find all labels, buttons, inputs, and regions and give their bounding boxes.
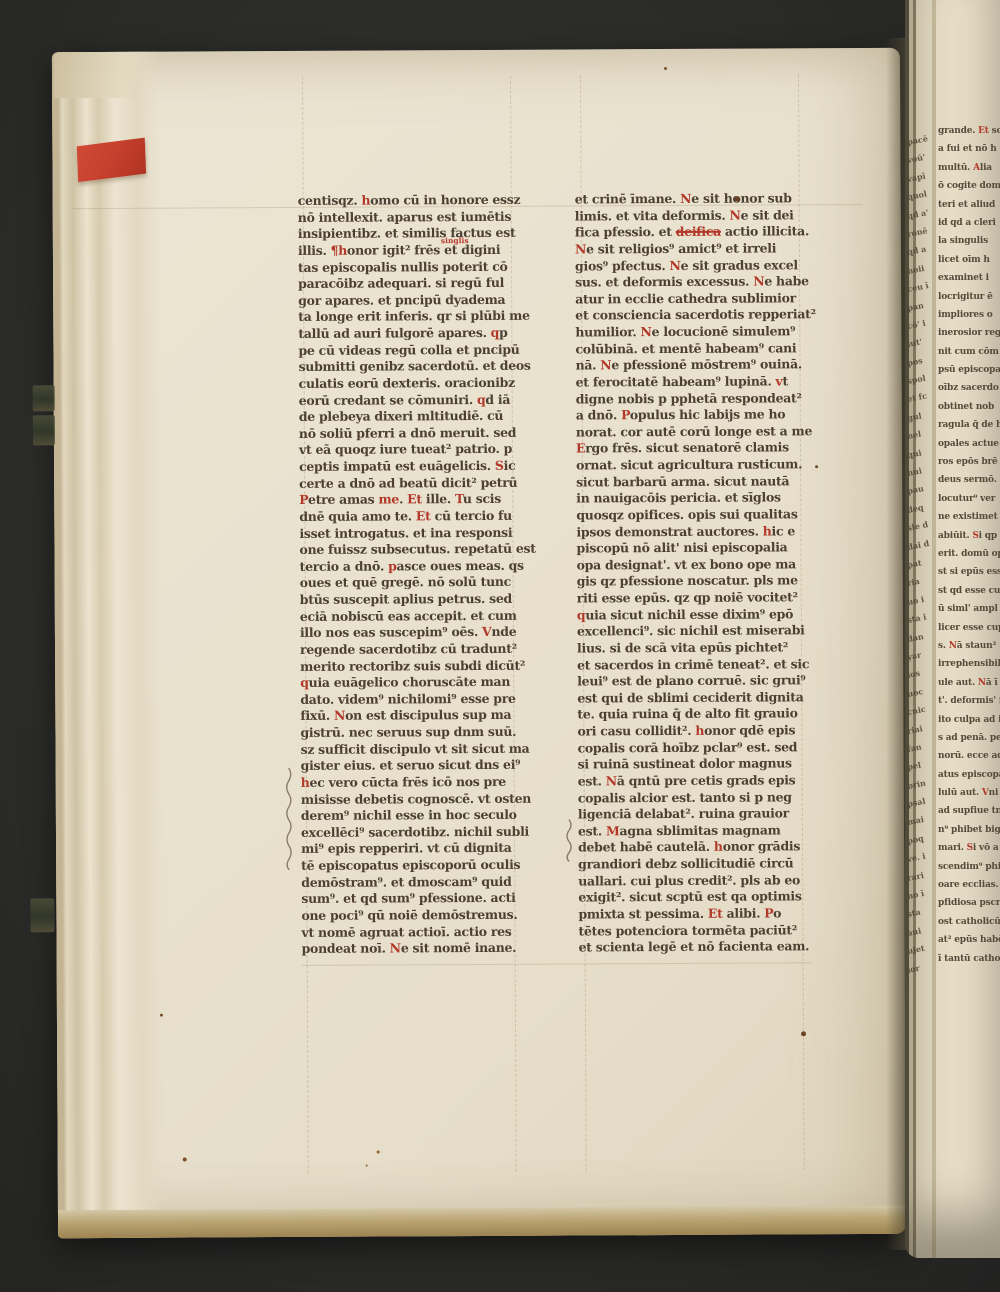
text-line: one poci⁹ qū noiē demōstremus. (301, 907, 531, 925)
text-line: ito culpa ad i (938, 711, 1000, 729)
text-line: locrigitur ē (938, 288, 1000, 306)
text-line: humilior. Ne locucionē simulem⁹ (575, 323, 809, 341)
text-line: Petre amas me. Et ille. Tu scis (299, 491, 529, 509)
text-line: teri et aliud (938, 196, 1000, 214)
text-line: pondeat noī. Ne sit nomē inane. (302, 940, 532, 958)
text-line: isset introgatus. et ina responsi (299, 524, 529, 542)
text-line: one fuissz subsecutus. repetatū est (299, 541, 529, 559)
text-line: paracōibz adequari. si regū ful (298, 275, 528, 293)
text-line: nit cum cōm (938, 343, 1000, 361)
clasp-fitting-icon (33, 415, 55, 445)
text-line: at² epūs habē (938, 931, 1000, 949)
text-line: vt nomē agruat actioī. actio res (301, 923, 531, 941)
text-line: uallari. cui plus credit². pls ab eo (578, 872, 812, 890)
text-line: obtinet nob (938, 398, 1000, 416)
text-line: quia sicut nichil esse dixim⁹ epō (577, 606, 811, 624)
text-line: te. quia ruina q̄ de alto fit grauio (577, 706, 811, 724)
text-line: opa designat'. vt ex bono ope ma (577, 556, 811, 574)
text-line: est qui de sblimi ceciderit dignita (577, 689, 811, 707)
foxing-spot (377, 1151, 380, 1154)
text-line: la singulis (938, 232, 1000, 250)
text-line: gor apares. et pncipū dyadema (298, 291, 528, 309)
clasp-fitting-icon (33, 385, 55, 411)
text-line: oare ecclias. et (938, 876, 1000, 894)
text-line: de plebeya dixeri mltitudiē. cū (299, 408, 529, 426)
text-line: exigit². sicut scptū est qa optimis (578, 889, 812, 907)
text-column-left: centisqz. homo cū in honore essznō intel… (298, 192, 532, 958)
text-line: sicut barbarū arma. sicut nautā (576, 473, 810, 491)
text-line: nō soliū pferri a dnō meruit. sed (299, 424, 529, 442)
ruling-line-horizontal (302, 962, 812, 966)
foxing-spot (366, 1165, 368, 1167)
text-line: pmixta st pessima. Et alibi. Po (578, 905, 812, 923)
text-line: id qd a cleri (938, 214, 1000, 232)
text-line: abiūit. Si qp (938, 527, 1000, 545)
text-line: sz sufficit discipulo vt sit sicut ma (301, 740, 531, 758)
text-line: et sacerdos in crimē teneat². et sic (577, 656, 811, 674)
text-line: Ergo frēs. sicut senatorē clamis (576, 440, 810, 458)
text-line: in nauigacōis pericia. et sīglos (576, 490, 810, 508)
text-line: t'. deformis' fu (938, 692, 1000, 710)
text-line: ros epōs brē (938, 453, 1000, 471)
text-line: a dnō. Populus hic labijs me ho (576, 406, 810, 424)
text-line: ū siml' ampl (938, 600, 1000, 618)
text-line: n⁹ phibet big (938, 821, 1000, 839)
foxing-spot (735, 197, 740, 202)
text-line: tallū ad auri fulgorē apares. qp (298, 325, 528, 343)
text-line: et crinē īmane. Ne sit honor sub (575, 190, 809, 208)
text-line: norat. cor autē corū longe est a me (576, 423, 810, 441)
text-line: quosqz opifices. opis sui qualitas (576, 506, 810, 524)
text-line: si ruinā sustineat dolor magnus (578, 756, 812, 774)
text-line: centisqz. homo cū in honore essz (298, 192, 528, 210)
text-line: leui⁹ est de plano corruē. sic grui⁹ (577, 672, 811, 690)
text-line: dato. videm⁹ nichilomi⁹ esse pre (300, 690, 530, 708)
text-line: illis. ¶honor igit² frēs et digini (298, 242, 528, 260)
text-line: ne existimet (938, 508, 1000, 526)
text-line: ori casu collidit². honor qdē epis (577, 722, 811, 740)
text-line: gister eius. et seruo sicut dns ei⁹ (301, 757, 531, 775)
text-line: culatis eorū dexteris. oracionibz (299, 375, 529, 393)
text-line: irrephensibile (938, 655, 1000, 673)
text-line: fixū. Non est discipulus sup ma (300, 707, 530, 725)
text-line: vt eā quoqz iure tueat² patrio. p (299, 441, 529, 459)
text-line: mari. Si vō a (938, 839, 1000, 857)
foxing-spot (183, 1158, 187, 1162)
text-line: regende sacerdotibz cū tradunt² (300, 641, 530, 659)
text-line: deus sermō. (938, 471, 1000, 489)
text-line: dnē quia amo te. Et cū tercio fu (299, 508, 529, 526)
text-line: ō cogite dom (938, 177, 1000, 195)
text-line: s. Nā staun² (938, 637, 1000, 655)
text-line: nō intellexit. aparus est iumētis (298, 208, 528, 226)
text-line: insipientibz. et similis factus est (298, 225, 528, 243)
text-line: nā. Ne pfessionē mōstrem⁹ ouinā. (576, 357, 810, 375)
text-line: pe cū videas regū colla et pncipū (298, 341, 528, 359)
foxing-spot (815, 465, 818, 468)
text-line: a fui et nō h (938, 140, 1000, 158)
text-line: et ferocitatē habeam⁹ lupinā. vt (576, 373, 810, 391)
text-line: excellēci⁹ sacerdotibz. nichil subli (301, 823, 531, 841)
text-line: grande. Et so (938, 122, 1000, 140)
text-line: sum⁹. et qd sum⁹ pfessione. acti (301, 890, 531, 908)
text-line: grandiori debz sollicitudiē circū (578, 855, 812, 873)
text-line: colūbinā. et mentē habeam⁹ cani (575, 340, 809, 358)
text-line: gis qz pfessione noscatur. pls me (577, 573, 811, 591)
text-line: limis. et vita deformis. Ne sit dei (575, 207, 809, 225)
text-line: tas episcopalis nullis poterit cō (298, 258, 528, 276)
text-line: et consciencia sacerdotis repperiat² (575, 307, 809, 325)
text-line: ost catholicū d (938, 913, 1000, 931)
text-line: examinet i (938, 269, 1000, 287)
manuscript-book: centisqz. homo cū in honore essznō intel… (52, 48, 906, 1238)
text-line: ligenciā delabat². ruina grauior (578, 805, 812, 823)
text-line: tē episcopatus episcoporū oculis (301, 857, 531, 875)
text-line: sus. et deformis excessus. Ne habe (575, 273, 809, 291)
vellum-corner-fold (54, 52, 146, 98)
text-line: lulū aut. Vni (938, 784, 1000, 802)
text-column-right: et crinē īmane. Ne sit honor sublimis. e… (575, 190, 813, 956)
text-line: oues et quē gregē. nō solū tunc (300, 574, 530, 592)
text-line: gistrū. nec seruus sup dnm suū. (300, 724, 530, 742)
text-line: digne nobis p pphetā respondeat² (576, 390, 810, 408)
text-line: ī tantū cathol (938, 950, 1000, 968)
foxing-spot (664, 67, 667, 70)
foxing-spot (160, 1014, 163, 1017)
next-page-text-fragments: grande. Et soa fui et nō hmultū. Aliaō c… (938, 122, 1000, 980)
binding-edge (52, 52, 166, 1239)
fore-edge-pages: pacēvoū'vapīquolqd a'ronēqd ahoiiceu īpa… (905, 0, 1000, 1258)
text-line: et scienta legē et nō facienta eam. (579, 938, 813, 956)
text-line: licer esse cupi (938, 619, 1000, 637)
text-line: psū episcopa (938, 361, 1000, 379)
text-line: ceptis impatū est euāgelicis. Sic (299, 458, 529, 476)
text-line: derem⁹ nichil esse in hoc seculo (301, 807, 531, 825)
text-line: multū. Alia (938, 159, 1000, 177)
text-line: eorū credant se cōmuniri. qd iā (299, 391, 529, 409)
text-line: riti esse epūs. qz qp noiē vocitet² (577, 589, 811, 607)
text-line: st qd esse cup (938, 582, 1000, 600)
book-tail-edge (58, 1206, 906, 1238)
text-line: merito rectoribz suis subdi dicūt² (300, 657, 530, 675)
text-line: piscopū nō alit' nisi episcopalia (576, 539, 810, 557)
text-line: lius. si de scā vita epūs pichtet² (577, 639, 811, 657)
text-line: debet habē cautelā. honor grādis (578, 839, 812, 857)
text-line: locutur⁹ ver (938, 490, 1000, 508)
text-line: opales actue (938, 435, 1000, 453)
text-line: pfidiosa pscri (938, 894, 1000, 912)
text-line: ad supfiue tn (938, 802, 1000, 820)
foxing-spot (801, 1031, 806, 1036)
text-line: est. Nā qntū pre cetis grads epis (578, 772, 812, 790)
text-line: st si epūs esse (938, 563, 1000, 581)
text-line: scendim⁹ phib (938, 858, 1000, 876)
text-line: inerosior reg (938, 324, 1000, 342)
text-line: atur in ecclie cathedra sublimior (575, 290, 809, 308)
text-line: quia euāgelico choruscāte man (300, 674, 530, 692)
text-line: ule aut. Nā ī (938, 674, 1000, 692)
text-line: s ad penā. pen (938, 729, 1000, 747)
text-line: atus episcopa (938, 766, 1000, 784)
text-line: fica pfessio. et deifica actio illicita. (575, 224, 809, 242)
text-line: licet oīm h (938, 251, 1000, 269)
text-line: ornat. sicut agricultura rusticum. (576, 456, 810, 474)
text-line: eciā nobiscū eas accepit. et cum (300, 607, 530, 625)
text-line: tētes potenciora tormēta paciūt² (578, 922, 812, 940)
text-line: ragula q̄ de h (938, 416, 1000, 434)
text-line: demōstram⁹. et dmoscam⁹ quid (301, 873, 531, 891)
text-line: oībz sacerdo (938, 379, 1000, 397)
text-line: copalis alcior est. tanto si p neg (578, 789, 812, 807)
text-line: illo nos eas suscepim⁹ oēs. Vnde (300, 624, 530, 642)
text-line: hec vero cūcta frēs icō nos pre (301, 774, 531, 792)
text-line: submitti genibz sacerdotū. et deos (299, 358, 529, 376)
clasp-fitting-icon (30, 898, 54, 932)
text-line: excellenci⁹. sic nichil est miserabi (577, 623, 811, 641)
text-line: ipsos demonstrat auctores. hic e (576, 523, 810, 541)
text-line: tercio a dnō. pasce oues meas. qs (300, 557, 530, 575)
text-line: gios⁹ pfectus. Ne sit gradus excel (575, 257, 809, 275)
margin-flourish-icon (284, 766, 295, 870)
curled-page-fragments: pacēvoū'vapīquolqd a'ronēqd ahoiiceu īpa… (907, 130, 939, 976)
margin-flourish-icon (564, 818, 574, 864)
text-line: btūs suscepit aplius petrus. sed (300, 591, 530, 609)
text-line: Ne sit religios⁹ amict⁹ et irreli (575, 240, 809, 258)
interlinear-gloss: singlis (441, 236, 469, 245)
text-line: norū. ecce ad (938, 747, 1000, 765)
text-line: ta longe erit inferis. qr si plūbi me (298, 308, 528, 326)
text-line: erit. domū op (938, 545, 1000, 563)
text-line: copalis corā hoībz pclar⁹ est. sed (578, 739, 812, 757)
text-line: est. Magna sblimitas magnam (578, 822, 812, 840)
text-line: impliores o (938, 306, 1000, 324)
text-line: certe a dnō ad beatū dicit² petrū (299, 474, 529, 492)
text-line: mi⁹ epis repperiri. vt cū dignita (301, 840, 531, 858)
text-line: misisse debetis cognoscē. vt osten (301, 790, 531, 808)
